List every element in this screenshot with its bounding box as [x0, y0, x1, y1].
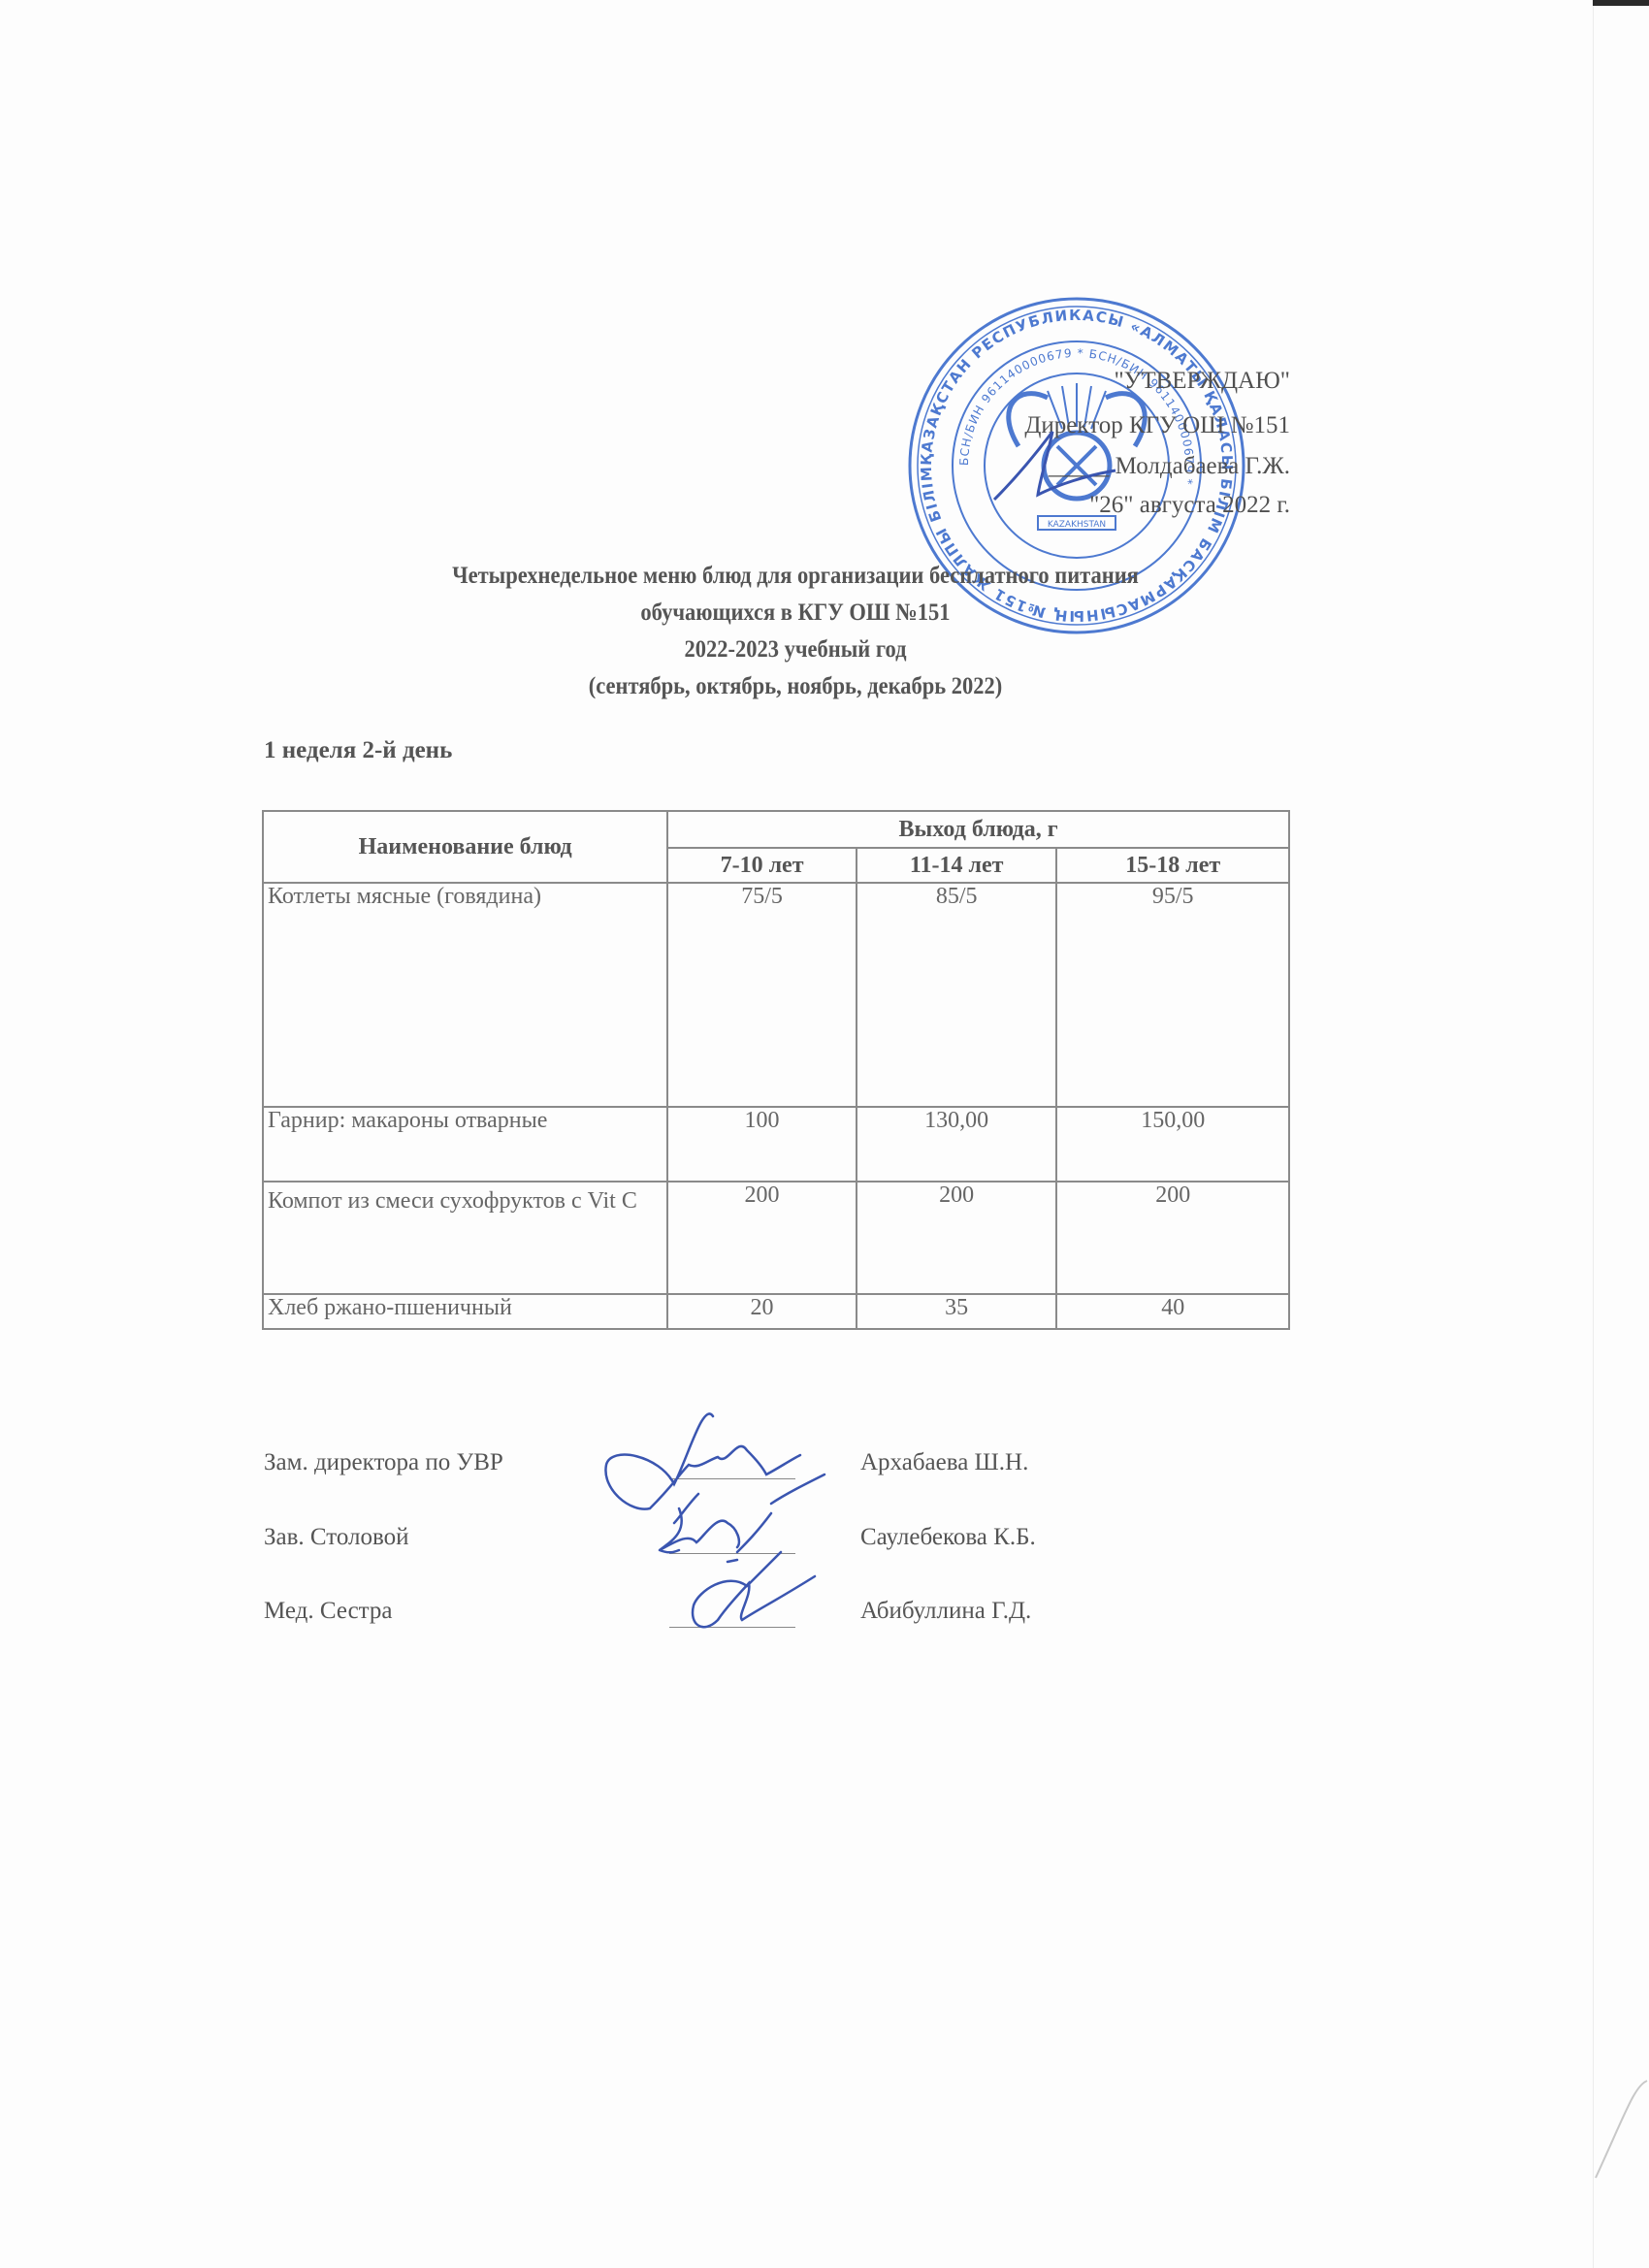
yield-value: 100 — [667, 1107, 857, 1182]
title-line-3: 2022-2023 учебный год — [298, 632, 1293, 668]
signature-role: Мед. Сестра — [264, 1598, 393, 1625]
dish-name: Гарнир: макароны отварные — [263, 1107, 667, 1182]
yield-value: 130,00 — [857, 1107, 1057, 1182]
signature-role: Зам. директора по УВР — [264, 1449, 503, 1476]
yield-value: 200 — [667, 1182, 857, 1294]
title-line-2: обучающихся в КГУ ОШ №151 — [298, 595, 1293, 632]
document-title: Четырехнедельное меню блюд для организац… — [298, 558, 1293, 705]
yield-value: 95/5 — [1056, 883, 1289, 1107]
dish-name: Хлеб ржано-пшеничный — [263, 1294, 667, 1329]
signature-name: Абибуллина Г.Д. — [860, 1598, 1031, 1625]
signature-role: Зав. Столовой — [264, 1524, 409, 1551]
yield-value: 35 — [857, 1294, 1057, 1329]
yield-value: 85/5 — [857, 883, 1057, 1107]
yield-value: 20 — [667, 1294, 857, 1329]
yield-value: 75/5 — [667, 883, 857, 1107]
yield-value: 150,00 — [1056, 1107, 1289, 1182]
table-row: Хлеб ржано-пшеничный 20 35 40 — [263, 1294, 1289, 1329]
header-dish-name: Наименование блюд — [263, 811, 667, 883]
approval-heading: "УТВЕРЖДАЮ" — [951, 363, 1290, 400]
table-row: Котлеты мясные (говядина) 75/5 85/5 95/5 — [263, 883, 1289, 1107]
header-age-7-10: 7-10 лет — [667, 848, 857, 883]
yield-value: 200 — [857, 1182, 1057, 1294]
title-line-1: Четырехнедельное меню блюд для организац… — [298, 558, 1293, 595]
scan-corner-mark — [1593, 0, 1649, 6]
yield-value: 40 — [1056, 1294, 1289, 1329]
table-row: Гарнир: макароны отварные 100 130,00 150… — [263, 1107, 1289, 1182]
dish-name: Котлеты мясные (говядина) — [263, 883, 667, 1107]
dish-name: Компот из смеси сухофруктов с Vit C — [263, 1182, 667, 1294]
yield-value: 200 — [1056, 1182, 1289, 1294]
signature-name: Саулебекова К.Б. — [860, 1524, 1036, 1551]
handwritten-signatures — [582, 1397, 873, 1639]
signature-name: Архабаева Ш.Н. — [860, 1449, 1028, 1476]
page-curl-artifact — [1591, 2076, 1649, 2183]
director-signature — [980, 417, 1125, 514]
header-yield: Выход блюда, г — [667, 811, 1289, 848]
title-line-4: (сентябрь, октябрь, ноябрь, декабрь 2022… — [298, 668, 1293, 705]
scan-edge-line — [1593, 0, 1594, 2268]
table-row: Компот из смеси сухофруктов с Vit C 200 … — [263, 1182, 1289, 1294]
header-age-11-14: 11-14 лет — [857, 848, 1057, 883]
menu-table: Наименование блюд Выход блюда, г 7-10 ле… — [262, 810, 1290, 1330]
week-day-label: 1 неделя 2-й день — [264, 737, 452, 764]
header-age-15-18: 15-18 лет — [1056, 848, 1289, 883]
